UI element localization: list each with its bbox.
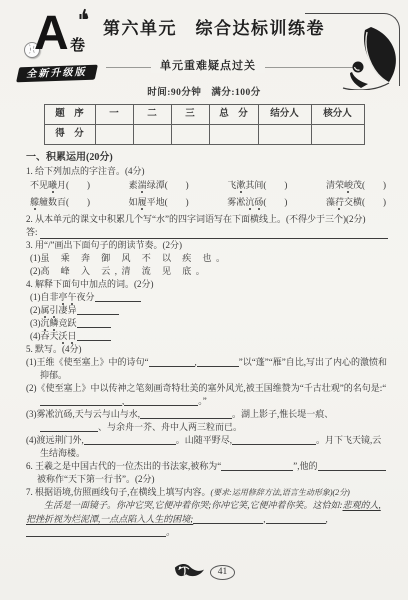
page-footer: 41 [0,561,408,584]
score-header-3: 三 [171,105,209,125]
paper-body: 一、积累运用(20分) 1. 给下列加点的字注音。(4分) 不见曦月( ) 素湍… [0,150,408,540]
score-cell [133,125,171,145]
pinyin-item: 艨艟数百( ) [30,196,90,209]
blank-line [266,513,326,524]
question-5-label: 5. 默写。(4分) [26,343,388,356]
pinyin-item: 藻荇交横( ) [326,196,386,209]
score-table-header-row: 题 序 一 二 三 总 分 结分人 核分人 [44,105,364,125]
blank-line [140,408,232,419]
score-cell [258,125,311,145]
score-cell [171,125,209,145]
question-7-example-sentence: 生活是一面镜子。你冲它哭,它便冲着你哭;你冲它笑,它便冲着你笑。这恰如:悲观的人… [26,499,388,540]
pinyin-item: 清荣峻茂( ) [326,179,386,192]
blank-line [95,291,141,302]
thumbs-up-icon [78,8,90,24]
pinyin-item: 雾凇沆砀( ) [227,196,287,209]
windsurfer-icon [331,26,405,94]
edition-letter: A [34,10,69,58]
blank-line [124,395,198,406]
score-header-total: 总 分 [209,105,258,125]
score-cell [311,125,364,145]
item-number: (2) [30,266,41,276]
rhythm-sentence-1: (1)虽 乘 奔 御 风 不 以 疾 也。 [26,252,388,265]
score-header-checker: 核分人 [311,105,364,125]
explain-item-3: (3)沉鳞竞跃 [26,317,388,330]
pinyin-item: 如履平地( ) [129,196,189,209]
blank-line [232,434,316,445]
explain-item-2: (2)属引凄异 [26,304,388,317]
blank-line [318,460,386,471]
score-header-scorer: 结分人 [258,105,311,125]
blank-line [40,421,98,432]
paper-subtitle: 单元重难疑点过关 [151,60,265,73]
explain-item-1: (1)自非亭午夜分 [26,291,388,304]
pinyin-row-1: 不见曦月( ) 素湍绿潭( ) 飞漱其间( ) 清荣峻茂( ) [30,179,386,192]
dictation-item-3: (3)雾凇沆砀,天与云与山与水,。湖上影子,惟长堤一痕、、与余舟一芥、舟中人两三… [26,408,388,434]
exam-paper: A 卷 全新升级版 第六单元 综合达标训练卷 单元重难疑点过关 时间:90分钟 … [0,0,408,600]
question-1-label: 1. 给下列加点的字注音。(4分) [26,165,388,178]
explain-item-4: (4)吞天沃日 [26,330,388,343]
score-header-2: 二 [133,105,171,125]
fish-icon [173,561,205,584]
blank-line [77,304,119,315]
dictation-item-2: (2)《使至塞上》中以传神之笔刻画奇特壮美的塞外风光,被王国维赞为“千古壮观”的… [26,382,388,408]
question-2: 2. 从本单元的课文中积累几个写“水”的四字词语写在下面横线上。(不得少于三个)… [26,213,388,239]
pinyin-row-2: 艨艟数百( ) 如履平地( ) 雾凇沆砀( ) 藻荇交横( ) [30,196,386,209]
question-3: 3. 用“/”画出下面句子的朗读节奏。(2分) (1)虽 乘 奔 御 风 不 以… [26,239,388,278]
sentence-text: 高 峰 入 云,清 流 见 底。 [41,266,210,276]
question-5: 5. 默写。(4分) (1)王维《使至塞上》中的诗句“,”以“蓬”“雁”自比,写… [26,343,388,460]
pinyin-item: 不见曦月( ) [30,179,90,192]
sentence-text: 虽 乘 奔 御 风 不 以 疾 也。 [41,253,230,263]
blank-line [77,330,111,341]
blank-line [40,395,122,406]
score-cell [209,125,258,145]
dictation-item-1: (1)王维《使至塞上》中的诗句“,”以“蓬”“雁”自比,写出了内心的激愤和抑郁。 [26,356,388,382]
edition-banner: 全新升级版 [16,65,98,83]
blank-line [84,434,176,445]
blank-line [26,526,166,537]
blank-line [193,513,263,524]
score-table-score-row: 得 分 [44,125,364,145]
dictation-item-4: (4)渡远荆门外,。山随平野尽,。月下飞天镜,云生结海楼。 [26,434,388,460]
blank-line [149,356,195,367]
pinyin-item: 飞漱其间( ) [227,179,287,192]
question-6: 6. 王羲之是中国古代的一位杰出的书法家,被称为“”,他的被称作“天下第一行书”… [26,460,388,486]
question-7: 7. 根据语境,仿照画线句子,在横线上填写内容。(要求:运用修辞方法,语言生动形… [26,486,388,540]
score-cell [95,125,133,145]
answer-prefix: 答: [26,226,38,239]
score-col-label: 题 序 [44,105,95,125]
item-number: (1) [30,253,41,263]
section-1-heading: 一、积累运用(20分) [26,151,388,165]
edition-letter-suffix: 卷 [70,40,85,53]
question-4: 4. 解释下面句中加点的词。(2分) (1)自非亭午夜分 (2)属引凄异 (3)… [26,278,388,343]
paper-header: A 卷 全新升级版 第六单元 综合达标训练卷 单元重难疑点过关 [0,0,408,86]
question-2-answer-line: 答: [26,226,388,239]
score-row-label: 得 分 [44,125,95,145]
blank-line [77,317,111,328]
score-header-1: 一 [95,105,133,125]
rhythm-sentence-2: (2)高 峰 入 云,清 流 见 底。 [26,265,388,278]
question-3-label: 3. 用“/”画出下面句子的朗读节奏。(2分) [26,239,388,252]
blank-line [221,460,293,471]
question-7-label: 7. 根据语境,仿照画线句子,在横线上填写内容。(要求:运用修辞方法,语言生动形… [26,486,388,499]
score-table: 题 序 一 二 三 总 分 结分人 核分人 得 分 [44,104,365,145]
page-number-badge: 41 [210,565,236,580]
paper-title: 第六单元 综合达标训练卷 [103,22,325,35]
answer-blank [40,227,388,239]
question-1: 1. 给下列加点的字注音。(4分) 不见曦月( ) 素湍绿潭( ) 飞漱其间( … [26,165,388,209]
question-2-label: 2. 从本单元的课文中积累几个写“水”的四字词语写在下面横线上。(不得少于三个)… [26,213,388,226]
blank-line [197,356,239,367]
question-4-label: 4. 解释下面句中加点的词。(2分) [26,278,388,291]
pinyin-item: 素湍绿潭( ) [129,179,189,192]
